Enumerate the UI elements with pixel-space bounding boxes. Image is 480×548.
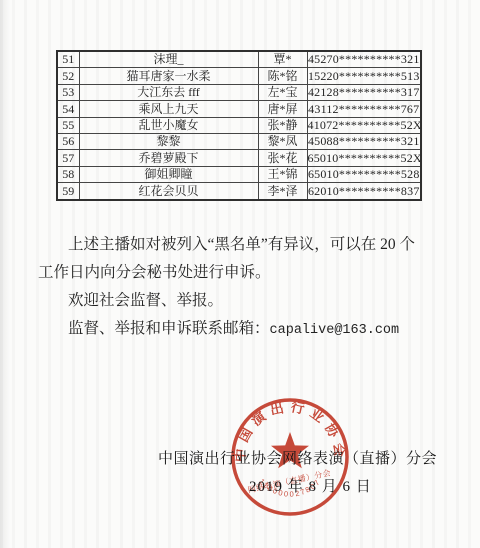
row-number: 54 (57, 101, 79, 117)
row-number: 53 (57, 84, 79, 100)
table-row: 54乘风上九天唐*屏43112**********767 (57, 101, 421, 117)
streamer-nickname: 乔碧萝殿下 (79, 150, 258, 166)
real-name-masked: 黎*凤 (258, 133, 307, 149)
real-name-masked: 左*宝 (258, 84, 307, 100)
appeal-line-3: 欢迎社会监督、举报。 (38, 287, 452, 315)
table-row: 53大江东去 fff左*宝42128**********317 (57, 84, 421, 100)
appeal-paragraph: 上述主播如对被列入“黑名单”有异议，可以在 20 个 工作日内向分会秘书处进行申… (38, 231, 452, 343)
blacklist-table: 51沫理_覃*45270**********32152猫耳唐家一水柔陈*铭152… (56, 50, 422, 201)
real-name-masked: 李*泽 (258, 183, 307, 200)
row-number: 51 (57, 51, 79, 68)
row-number: 55 (57, 117, 79, 133)
streamer-nickname: 红花会贝贝 (79, 183, 258, 200)
table-row: 52猫耳唐家一水柔陈*铭15220**********513 (57, 68, 421, 84)
streamer-nickname: 乘风上九天 (79, 101, 258, 117)
id-number-masked: 45270**********321 (307, 51, 421, 68)
real-name-masked: 覃* (258, 51, 307, 68)
row-number: 59 (57, 183, 79, 200)
id-number-masked: 15220**********513 (307, 68, 421, 84)
scan-edge-shadow (0, 0, 10, 548)
streamer-nickname: 沫理_ (79, 51, 258, 68)
row-number: 56 (57, 133, 79, 149)
id-number-masked: 65010**********528 (307, 166, 421, 182)
id-number-masked: 62010**********837 (307, 183, 421, 200)
table-row: 57乔碧萝殿下张*花65010**********52X (57, 150, 421, 166)
row-number: 52 (57, 68, 79, 84)
real-name-masked: 张*花 (258, 150, 307, 166)
contact-email: capalive@163.com (270, 323, 400, 338)
real-name-masked: 张*静 (258, 117, 307, 133)
table-row: 55乱世小魔女张*静41072**********52X (57, 117, 421, 133)
contact-line: 监督、举报和申诉联系邮箱：capalive@163.com (38, 315, 452, 343)
real-name-masked: 王*锦 (258, 166, 307, 182)
id-number-masked: 42128**********317 (307, 84, 421, 100)
appeal-line-2: 工作日内向分会秘书处进行申诉。 (38, 259, 452, 287)
table-row: 56黎黎黎*凤45088**********321 (57, 133, 421, 149)
streamer-nickname: 乱世小魔女 (79, 117, 258, 133)
streamer-nickname: 猫耳唐家一水柔 (79, 68, 258, 84)
contact-label: 监督、举报和申诉联系邮箱： (68, 320, 270, 337)
row-number: 58 (57, 166, 79, 182)
streamer-nickname: 御姐卿瞳 (79, 166, 258, 182)
id-number-masked: 65010**********52X (307, 150, 421, 166)
table-row: 58御姐卿瞳王*锦65010**********528 (57, 166, 421, 182)
scanned-notice-page: { "table": { "rows": [ { "no": "51", "ni… (0, 0, 480, 548)
table-row: 59红花会贝贝李*泽62010**********837 (57, 183, 421, 200)
appeal-line-1: 上述主播如对被列入“黑名单”有异议，可以在 20 个 (38, 231, 452, 259)
issuing-organization: 中国演出行业协会网络表演（直播）分会 (158, 447, 437, 468)
id-number-masked: 45088**********321 (307, 133, 421, 149)
real-name-masked: 唐*屏 (258, 101, 307, 117)
table-row: 51沫理_覃*45270**********321 (57, 51, 421, 68)
real-name-masked: 陈*铭 (258, 68, 307, 84)
issue-date: 2019 年 8 月 6 日 (249, 475, 372, 496)
id-number-masked: 43112**********767 (307, 101, 421, 117)
streamer-nickname: 黎黎 (79, 133, 258, 149)
id-number-masked: 41072**********52X (307, 117, 421, 133)
row-number: 57 (57, 150, 79, 166)
streamer-nickname: 大江东去 fff (79, 84, 258, 100)
